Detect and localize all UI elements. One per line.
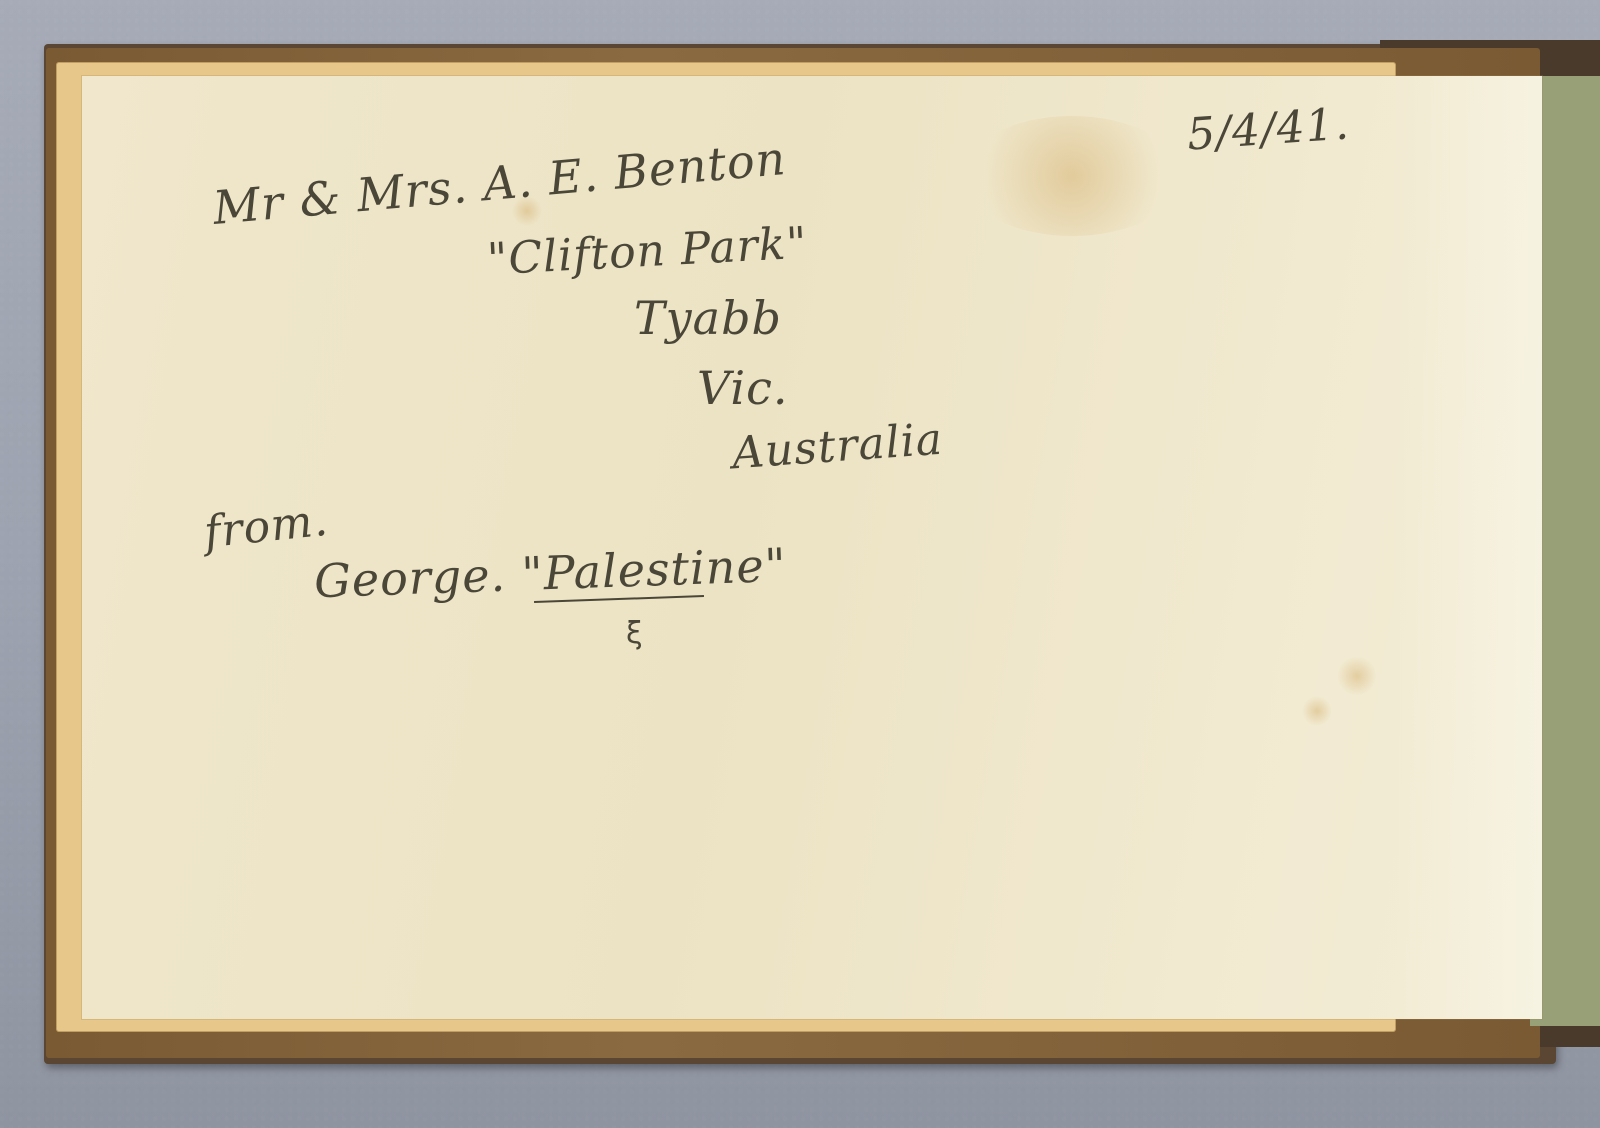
date: 5/4/41. bbox=[1185, 98, 1351, 160]
page-stain bbox=[962, 116, 1182, 236]
page-stain bbox=[1337, 656, 1377, 696]
addressee-state: Vic. bbox=[697, 361, 789, 415]
addressee-town: Tyabb bbox=[634, 291, 782, 345]
flourish-mark: ξ bbox=[626, 616, 643, 651]
addressee-name: Mr & Mrs. A. E. Benton bbox=[211, 131, 788, 235]
sender: George. "Palestine" bbox=[313, 538, 787, 608]
page-stain bbox=[1302, 696, 1332, 726]
album-page: 5/4/41. Mr & Mrs. A. E. Benton "Clifton … bbox=[82, 76, 1542, 1019]
addressee-property: "Clifton Park" bbox=[486, 218, 809, 286]
from-label: from. bbox=[202, 495, 331, 559]
addressee-country: Australia bbox=[730, 414, 944, 480]
